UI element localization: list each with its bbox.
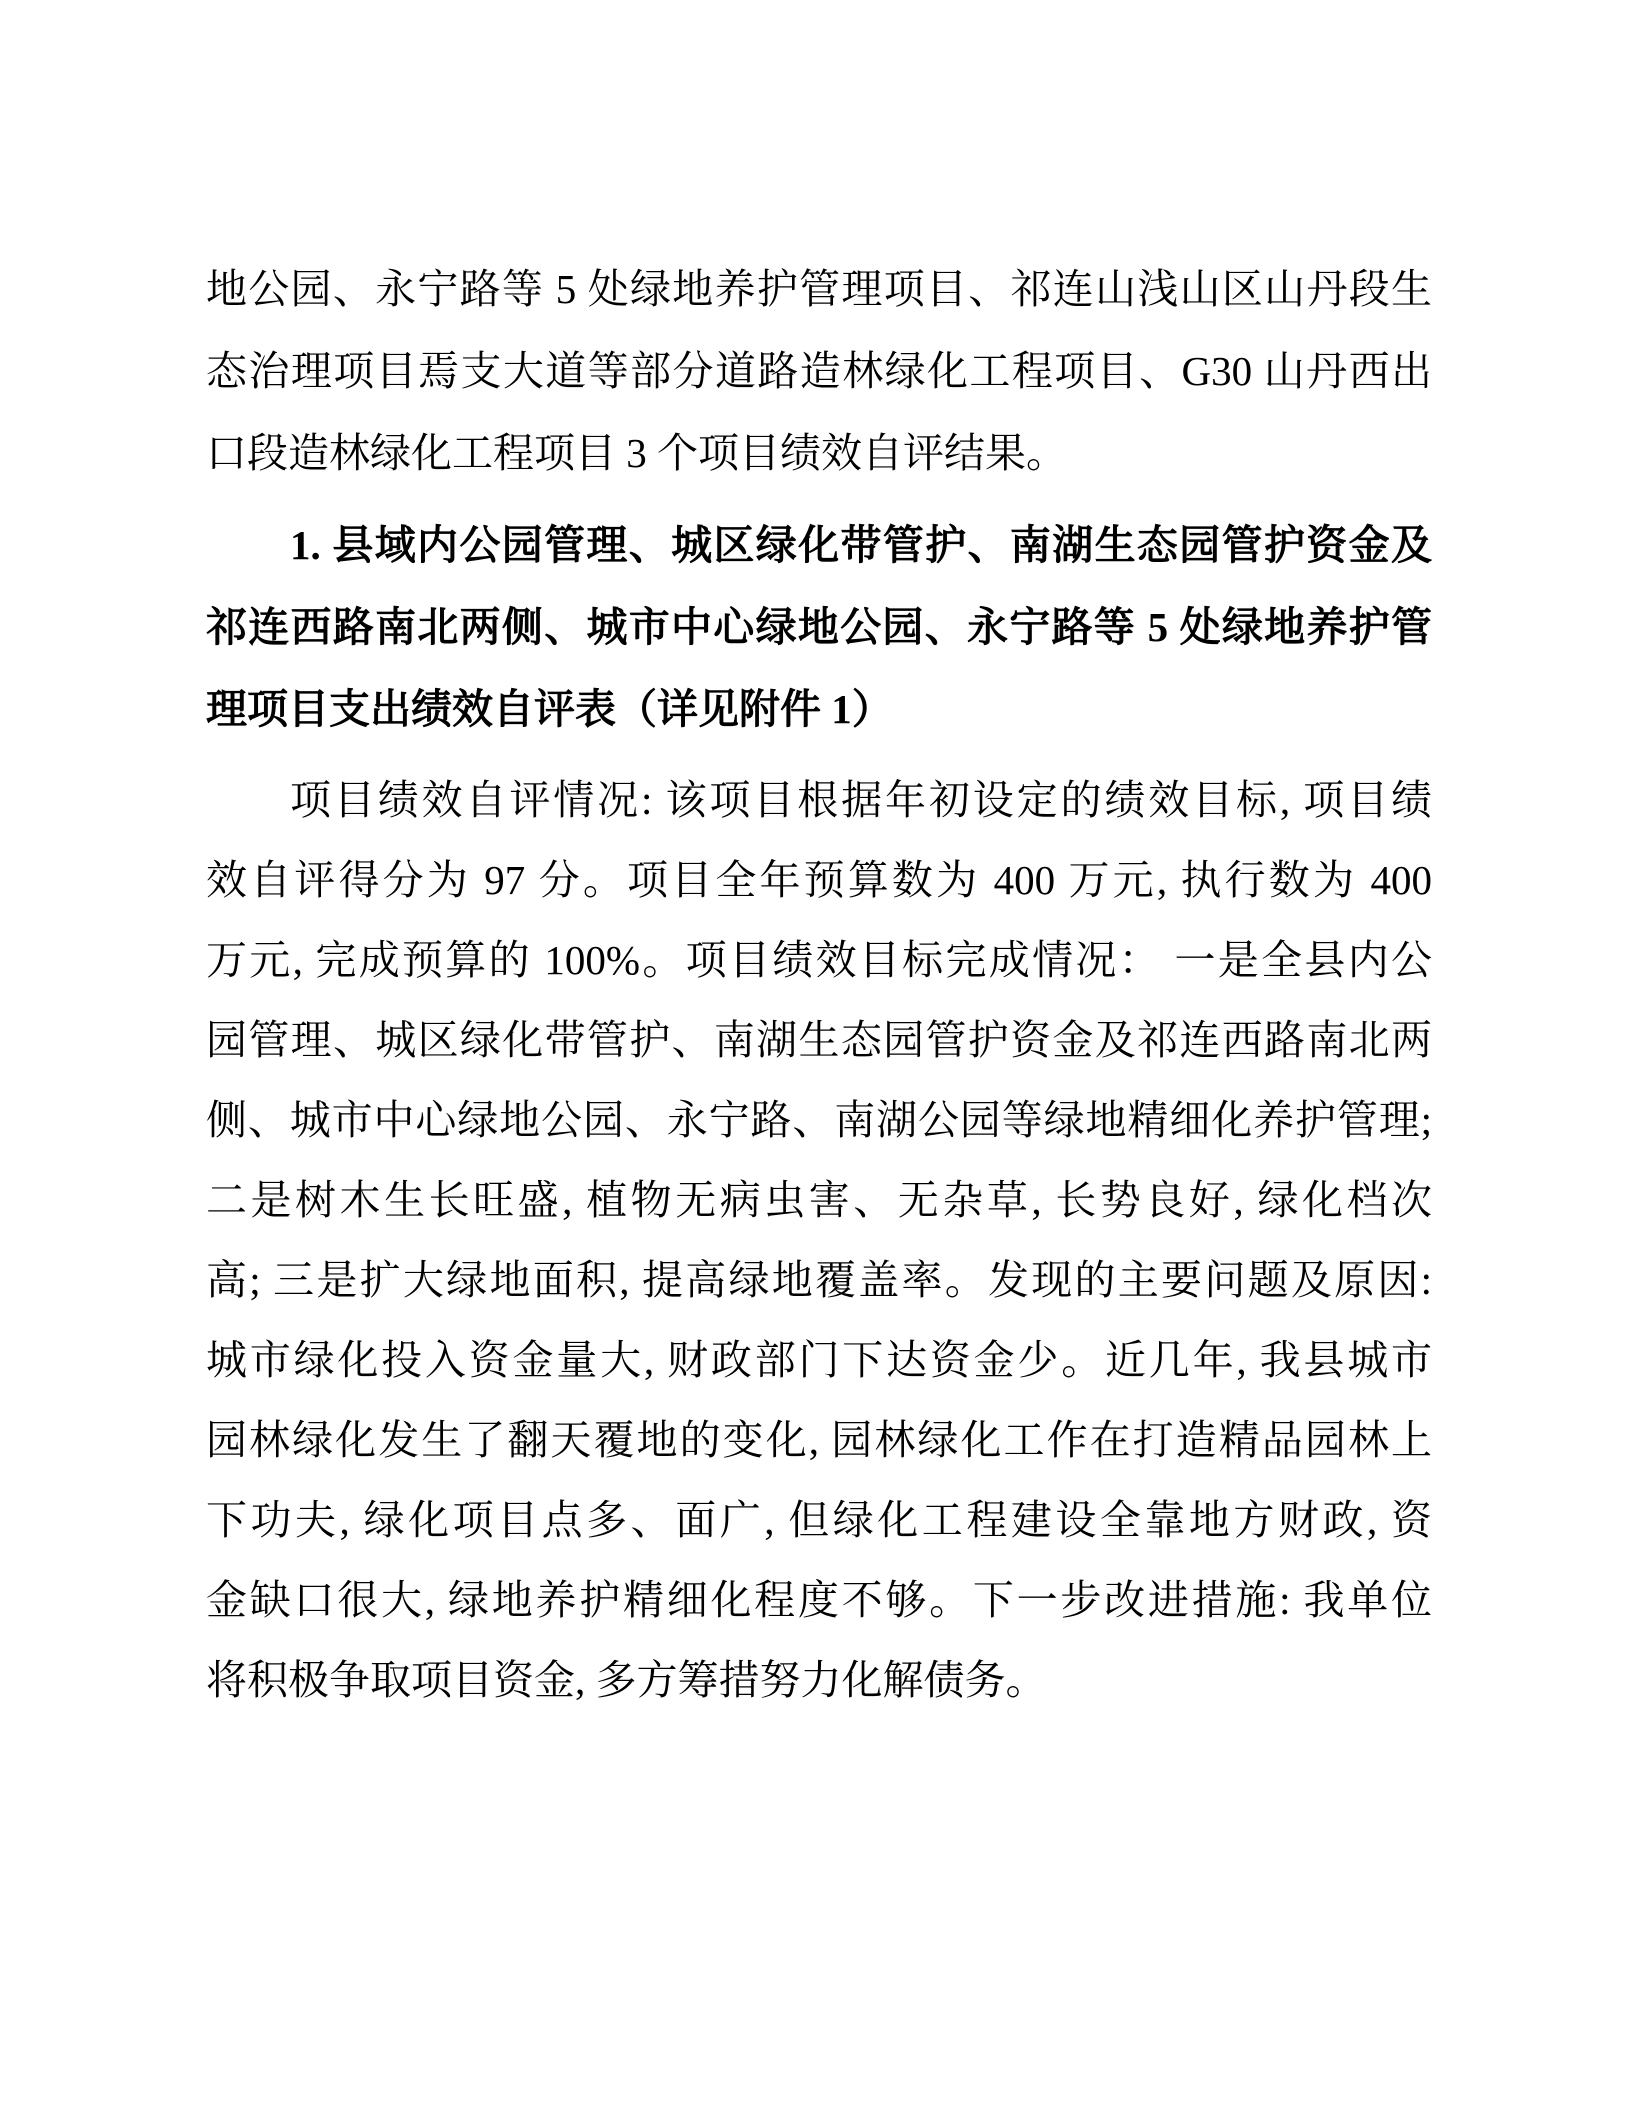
text-line: 态治理项目焉支大道等部分道路造林绿化工程项目、G30 山丹西出 [206, 330, 1432, 412]
text-line: 1. 县域内公园管理、城区绿化带管护、南湖生态园管护资金及 [206, 504, 1432, 586]
text-line: 口段造林绿化工程项目 3 个项目绩效自评结果。 [206, 412, 1432, 494]
text-line: 侧、城市中心绿地公园、永宁路、南湖公园等绿地精细化养护管理; [206, 1080, 1432, 1160]
text-line: 理项目支出绩效自评表（详见附件 1） [206, 668, 1432, 750]
text-line: 效自评得分为 97 分。项目全年预算数为 400 万元, 执行数为 400 [206, 840, 1432, 920]
text-line: 祁连西路南北两侧、城市中心绿地公园、永宁路等 5 处绿地养护管 [206, 586, 1432, 668]
text-line: 园管理、城区绿化带管护、南湖生态园管护资金及祁连西路南北两 [206, 1000, 1432, 1080]
text-line: 金缺口很大, 绿地养护精细化程度不够。下一步改进措施: 我单位 [206, 1560, 1432, 1640]
text-line: 城市绿化投入资金量大, 财政部门下达资金少。近几年, 我县城市 [206, 1320, 1432, 1400]
text-line: 万元, 完成预算的 100%。项目绩效目标完成情况： 一是全县内公 [206, 920, 1432, 1000]
para-self-evaluation-details: 项目绩效自评情况: 该项目根据年初设定的绩效目标, 项目绩效自评得分为 97 分… [206, 760, 1432, 1720]
text-line: 将积极争取项目资金, 多方筹措努力化解债务。 [206, 1640, 1432, 1720]
para-heading-item-1: 1. 县域内公园管理、城区绿化带管护、南湖生态园管护资金及祁连西路南北两侧、城市… [206, 504, 1432, 750]
document-body: 地公园、永宁路等 5 处绿地养护管理项目、祁连山浅山区山丹段生态治理项目焉支大道… [206, 248, 1432, 1720]
text-line: 高; 三是扩大绿地面积, 提高绿地覆盖率。发现的主要问题及原因: [206, 1240, 1432, 1320]
document-page: 地公园、永宁路等 5 处绿地养护管理项目、祁连山浅山区山丹段生态治理项目焉支大道… [0, 0, 1632, 2112]
text-line: 二是树木生长旺盛, 植物无病虫害、无杂草, 长势良好, 绿化档次 [206, 1160, 1432, 1240]
para-projects-summary-continued: 地公园、永宁路等 5 处绿地养护管理项目、祁连山浅山区山丹段生态治理项目焉支大道… [206, 248, 1432, 494]
text-line: 下功夫, 绿化项目点多、面广, 但绿化工程建设全靠地方财政, 资 [206, 1480, 1432, 1560]
text-line: 园林绿化发生了翻天覆地的变化, 园林绿化工作在打造精品园林上 [206, 1400, 1432, 1480]
text-line: 地公园、永宁路等 5 处绿地养护管理项目、祁连山浅山区山丹段生 [206, 248, 1432, 330]
text-line: 项目绩效自评情况: 该项目根据年初设定的绩效目标, 项目绩 [206, 760, 1432, 840]
